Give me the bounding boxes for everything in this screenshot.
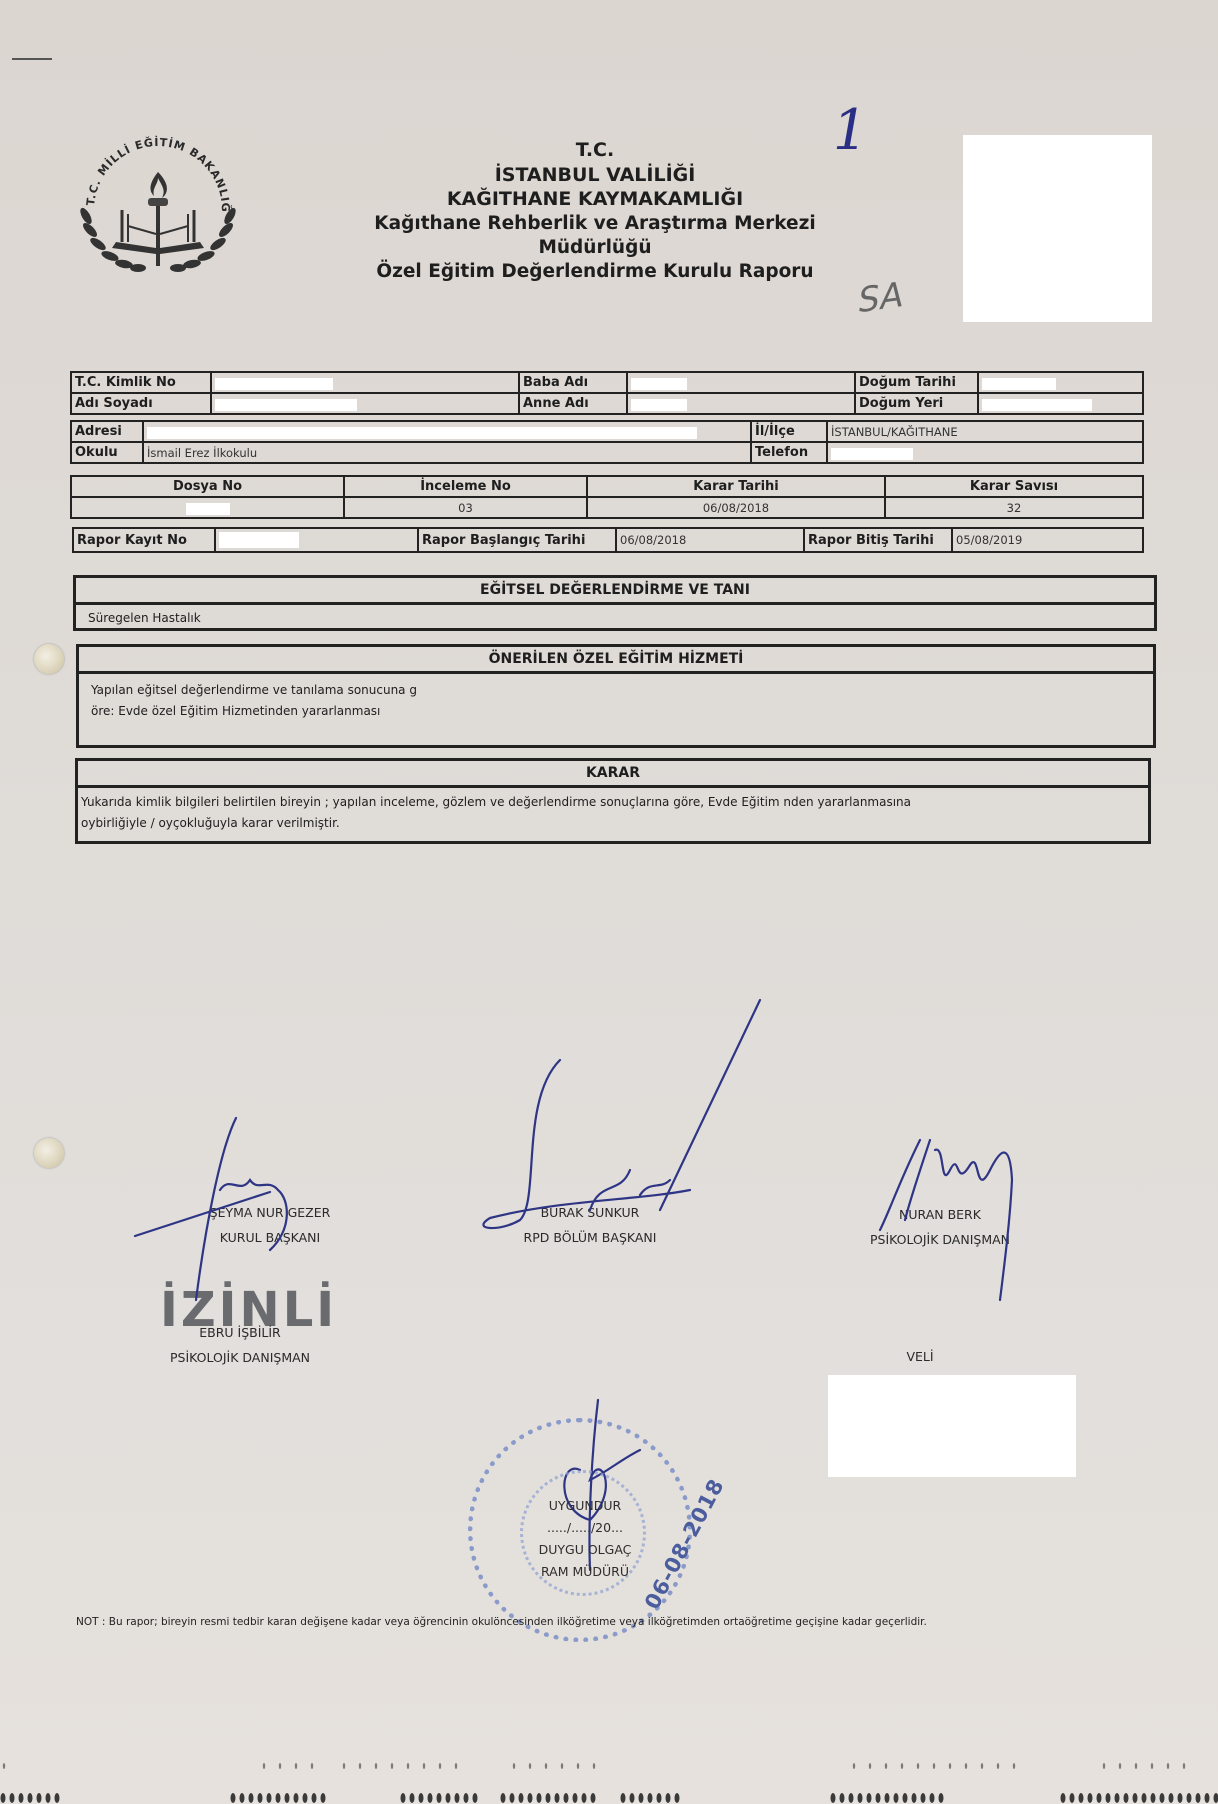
approval-line-1: UYGUNDUR [520,1495,650,1517]
approval-line-2: ...../...../20... [520,1517,650,1539]
approval-stamp-text: UYGUNDUR ...../...../20... DUYGU OLGAÇ R… [520,1495,650,1583]
validity-note: NOT : Bu rapor; bireyin resmi tedbir kar… [76,1616,927,1628]
approval-line-3: DUYGU OLGAÇ [520,1539,650,1561]
perforation-marks-icon [0,1760,1218,1804]
approval-line-4: RAM MÜDÜRÜ [520,1561,650,1583]
